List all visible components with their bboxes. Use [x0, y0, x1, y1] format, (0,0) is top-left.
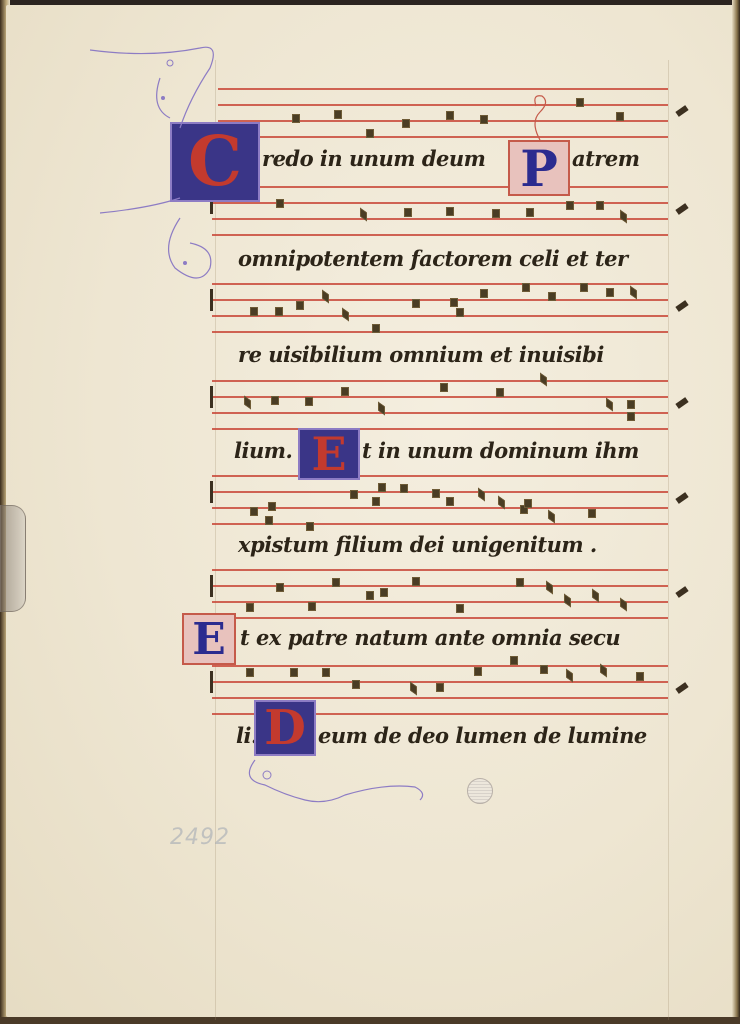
- staff-line: [212, 299, 668, 301]
- lyric-line-7b: eum de deo lumen de lumine: [318, 723, 647, 748]
- neume-punctum: [606, 288, 614, 297]
- neume-punctum: [412, 299, 420, 308]
- library-stamp: [467, 778, 493, 804]
- lyric-line-6: t ex patre natum ante omnia secu: [240, 625, 620, 650]
- neume-punctum: [432, 489, 440, 498]
- staff-line: [212, 601, 668, 603]
- neume-punctum: [246, 603, 254, 612]
- neume-punctum: [596, 201, 604, 210]
- neume-punctum: [440, 383, 448, 392]
- neume-punctum: [474, 667, 482, 676]
- neume-punctum: [265, 516, 273, 525]
- neume-punctum: [524, 499, 532, 508]
- neume-punctum: [496, 388, 504, 397]
- lyric-line-4b: t in unum dominum ihm: [362, 438, 639, 463]
- neume-punctum: [352, 680, 360, 689]
- vertical-ruling-right: [668, 60, 669, 1020]
- neume-punctum: [372, 324, 380, 333]
- neume-punctum: [627, 412, 635, 421]
- neume-punctum: [296, 301, 304, 310]
- staff-line: [212, 396, 668, 398]
- neume-punctum: [446, 207, 454, 216]
- neume-punctum: [350, 490, 358, 499]
- clef-mark: [210, 671, 213, 693]
- lyric-line-4a: lium.: [234, 438, 292, 463]
- staff-line: [212, 617, 668, 619]
- neume-punctum: [566, 201, 574, 210]
- penwork-flourish-p: [520, 92, 560, 142]
- staff-line: [212, 475, 668, 477]
- neume-punctum: [540, 665, 548, 674]
- neume-punctum: [292, 114, 300, 123]
- neume-punctum: [446, 497, 454, 506]
- book-edge-right: [732, 0, 740, 1024]
- neume-punctum: [306, 522, 314, 531]
- neume-punctum: [250, 507, 258, 516]
- neume-punctum: [332, 578, 340, 587]
- penwork-flourish-top: [90, 38, 230, 298]
- staff-line: [212, 283, 668, 285]
- neume-punctum: [305, 397, 313, 406]
- penwork-flourish-bottom: [245, 755, 430, 815]
- staff-line: [212, 569, 668, 571]
- neume-punctum: [322, 668, 330, 677]
- lyric-line-1a: redo in unum deum: [262, 146, 485, 171]
- neume-punctum: [616, 112, 624, 121]
- neume-punctum: [627, 400, 635, 409]
- neume-punctum: [576, 98, 584, 107]
- neume-punctum: [450, 298, 458, 307]
- lyric-line-5: xpistum filium dei unigenitum .: [238, 532, 597, 557]
- neume-punctum: [276, 199, 284, 208]
- staff-line: [212, 380, 668, 382]
- staff-line: [218, 120, 668, 122]
- staff-line: [212, 491, 668, 493]
- pencil-folio-note: 2492: [170, 825, 230, 850]
- neume-punctum: [516, 578, 524, 587]
- neume-punctum: [436, 683, 444, 692]
- neume-punctum: [480, 289, 488, 298]
- neume-punctum: [268, 502, 276, 511]
- staff-line: [212, 331, 668, 333]
- neume-punctum: [526, 208, 534, 217]
- staff-line: [212, 523, 668, 525]
- initial-e-2: E: [182, 613, 236, 665]
- neume-punctum: [400, 484, 408, 493]
- lyric-line-2: omnipotentem factorem celi et ter: [238, 246, 628, 271]
- neume-punctum: [522, 283, 530, 292]
- staff-line: [218, 136, 668, 138]
- staff-line: [212, 428, 668, 430]
- neume-punctum: [290, 668, 298, 677]
- neume-punctum: [366, 591, 374, 600]
- page-clip: [0, 505, 26, 612]
- book-edge-bottom: [0, 1017, 740, 1024]
- neume-punctum: [372, 497, 380, 506]
- neume-punctum: [308, 602, 316, 611]
- initial-d: D: [254, 700, 316, 756]
- neume-punctum: [341, 387, 349, 396]
- lyric-line-1b: atrem: [572, 146, 639, 171]
- neume-punctum: [446, 111, 454, 120]
- neume-punctum: [271, 396, 279, 405]
- neume-punctum: [366, 129, 374, 138]
- initial-p: P: [508, 140, 570, 196]
- staff-line: [212, 186, 668, 188]
- neume-punctum: [380, 588, 388, 597]
- neume-punctum: [246, 668, 254, 677]
- staff-line: [212, 697, 668, 699]
- neume-punctum: [492, 209, 500, 218]
- neume-punctum: [276, 583, 284, 592]
- neume-punctum: [334, 110, 342, 119]
- neume-punctum: [402, 119, 410, 128]
- neume-punctum: [548, 292, 556, 301]
- neume-punctum: [378, 483, 386, 492]
- staff-line: [218, 104, 668, 106]
- staff-line: [212, 412, 668, 414]
- staff-line: [212, 218, 668, 220]
- neume-punctum: [456, 604, 464, 613]
- clef-mark: [210, 575, 213, 597]
- lyric-line-3: re uisibilium omnium et inuisibi: [238, 342, 604, 367]
- neume-punctum: [580, 283, 588, 292]
- staff-line: [218, 88, 668, 90]
- neume-punctum: [456, 308, 464, 317]
- neume-punctum: [275, 307, 283, 316]
- neume-punctum: [636, 672, 644, 681]
- neume-punctum: [250, 307, 258, 316]
- staff-line: [212, 234, 668, 236]
- neume-punctum: [480, 115, 488, 124]
- clef-mark: [210, 481, 213, 503]
- neume-punctum: [588, 509, 596, 518]
- staff-line: [212, 507, 668, 509]
- neume-punctum: [510, 656, 518, 665]
- clef-mark: [210, 386, 213, 408]
- neume-punctum: [412, 577, 420, 586]
- initial-e-1: E: [298, 428, 360, 480]
- neume-punctum: [404, 208, 412, 217]
